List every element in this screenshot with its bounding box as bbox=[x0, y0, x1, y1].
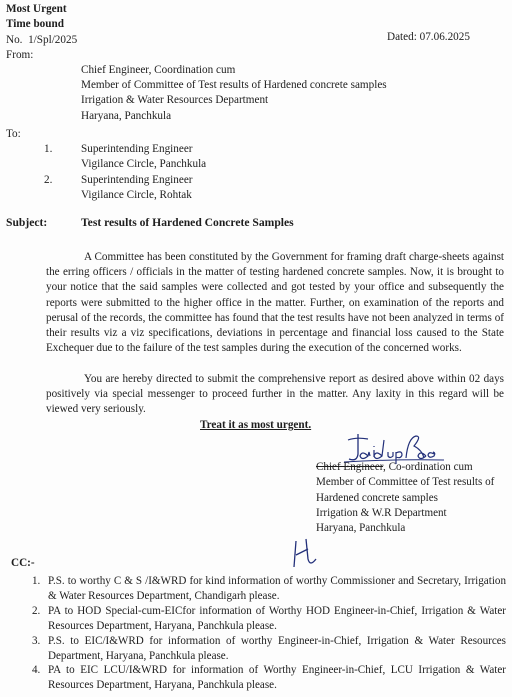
sender-line: Irrigation & Water Resources Department bbox=[81, 93, 387, 108]
cc-text: P.S. to worthy C & S /I&WRD for kind inf… bbox=[48, 574, 506, 604]
signatory-line: Haryana, Panchkula bbox=[316, 521, 494, 536]
recipient-number: 1. bbox=[44, 142, 81, 173]
signatory-title: Chief Engineer, Co-ordination cum bbox=[316, 460, 494, 475]
recipient-line: Vigilance Circle, Panchkula bbox=[81, 157, 206, 172]
cc-list: 1.P.S. to worthy C & S /I&WRD for kind i… bbox=[32, 574, 506, 693]
recipient: 2. Superintending Engineer Vigilance Cir… bbox=[44, 173, 206, 204]
recipient-line: Superintending Engineer bbox=[81, 173, 193, 188]
time-bound-label: Time bound bbox=[6, 17, 64, 32]
sender-line: Member of Committee of Test results of H… bbox=[81, 78, 387, 93]
recipient: 1. Superintending Engineer Vigilance Cir… bbox=[44, 142, 206, 173]
cc-number: 2. bbox=[32, 604, 48, 634]
cc-item: 1.P.S. to worthy C & S /I&WRD for kind i… bbox=[32, 574, 506, 604]
to-label: To: bbox=[6, 127, 21, 142]
subject-label: Subject: bbox=[6, 216, 47, 231]
cc-number: 4. bbox=[32, 663, 48, 693]
sender-line: Haryana, Panchkula bbox=[81, 109, 387, 124]
cc-item: 2.PA to HOD Special-cum-EICfor informati… bbox=[32, 604, 506, 634]
recipient-list: 1. Superintending Engineer Vigilance Cir… bbox=[44, 142, 206, 203]
reference-number: No. 1/Spl/2025 bbox=[6, 33, 77, 48]
cc-text: P.S. to EIC/I&WRD for information of wor… bbox=[48, 634, 506, 664]
cc-item: 3.P.S. to EIC/I&WRD for information of w… bbox=[32, 634, 506, 664]
cc-number: 1. bbox=[32, 574, 48, 604]
signature-block: Chief Engineer, Co-ordination cum Member… bbox=[316, 460, 494, 536]
recipient-number: 2. bbox=[44, 173, 81, 204]
date-line: Dated: 07.06.2025 bbox=[387, 30, 470, 45]
handwritten-initial-icon bbox=[290, 537, 320, 571]
urgency-note: Treat it as most urgent. bbox=[200, 418, 311, 433]
title-continuation: , Co-ordination cum bbox=[383, 461, 473, 473]
signatory-line: Member of Committee of Test results of bbox=[316, 475, 494, 490]
signatory-line: Irrigation & W.R Department bbox=[316, 506, 494, 521]
recipient-line: Vigilance Circle, Rohtak bbox=[81, 188, 193, 203]
sender-address: Chief Engineer, Coordination cum Member … bbox=[81, 63, 387, 124]
cc-item: 4.PA to EIC LCU/I&WRD for information of… bbox=[32, 663, 506, 693]
recipient-line: Superintending Engineer bbox=[81, 142, 206, 157]
signatory-line: Hardened concrete samples bbox=[316, 491, 494, 506]
cc-text: PA to EIC LCU/I&WRD for information of W… bbox=[48, 663, 506, 693]
cc-text: PA to HOD Special-cum-EICfor information… bbox=[48, 604, 506, 634]
struck-title: Chief Engineer bbox=[316, 461, 383, 473]
sender-line: Chief Engineer, Coordination cum bbox=[81, 63, 387, 78]
body-paragraph: A Committee has been constituted by the … bbox=[46, 250, 504, 356]
body-paragraph: You are hereby directed to submit the co… bbox=[46, 372, 504, 418]
priority-label: Most Urgent bbox=[6, 2, 67, 17]
cc-label: CC:- bbox=[11, 556, 35, 571]
subject-text: Test results of Hardened Concrete Sample… bbox=[81, 216, 294, 231]
cc-number: 3. bbox=[32, 634, 48, 664]
from-label: From: bbox=[6, 48, 33, 63]
